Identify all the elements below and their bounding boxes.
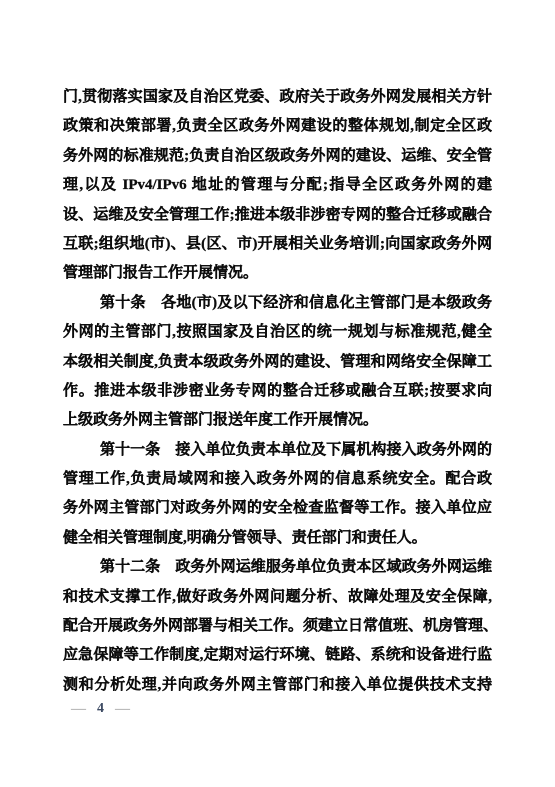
text-line: 测和分析处理,并向政务外网主管部门和接入单位提供技术支持 [63,671,492,700]
text-line: 作。推进本级非涉密业务专网的整合迁移或融合互联;按要求向 [63,377,492,406]
footer-dash-right: — [115,698,130,720]
text-line: 管理部门报告工作开展情况。 [63,259,492,288]
text-line: 管理工作,负责局域网和接入政务外网的信息系统安全。配合政 [63,465,492,494]
text-line: 务外网主管部门对政务外网的安全检查监督等工作。接入单位应 [63,494,492,523]
text-line: 配合开展政务外网部署与相关工作。须建立日常值班、机房管理、 [63,612,492,641]
text-line: 第十一条 接入单位负责本单位及下属机构接入政务外网的 [63,436,492,465]
text-line: 设、运维及安全管理工作;推进本级非涉密专网的整合迁移或融合 [63,201,492,230]
document-body: 门,贯彻落实国家及自治区党委、政府关于政务外网发展相关方针政策和决策部署,负责全… [63,83,492,700]
text-line: 第十二条 政务外网运维服务单位负责本区域政务外网运维 [63,553,492,582]
text-line: 和技术支撑工作,做好政务外网问题分析、故障处理及安全保障, [63,583,492,612]
text-line: 第十条 各地(市)及以下经济和信息化主管部门是本级政务 [63,289,492,318]
document-page: 门,贯彻落实国家及自治区党委、政府关于政务外网发展相关方针政策和决策部署,负责全… [0,0,555,787]
text-line: 本级相关制度,负责本级政务外网的建设、管理和网络安全保障工 [63,348,492,377]
text-line: 门,贯彻落实国家及自治区党委、政府关于政务外网发展相关方针 [63,83,492,112]
text-line: 上级政务外网主管部门报送年度工作开展情况。 [63,406,492,435]
footer-dash-left: — [71,698,86,720]
text-line: 理,以及 IPv4/IPv6 地址的管理与分配;指导全区政务外网的建 [63,171,492,200]
text-line: 政策和决策部署,负责全区政务外网建设的整体规划,制定全区政 [63,112,492,141]
text-line: 健全相关管理制度,明确分管领导、责任部门和责任人。 [63,524,492,553]
text-line: 外网的主管部门,按照国家及自治区的统一规划与标准规范,健全 [63,318,492,347]
page-number: 4 [97,698,104,720]
text-line: 应急保障等工作制度,定期对运行环境、链路、系统和设备进行监 [63,641,492,670]
text-line: 互联;组织地(市)、县(区、市)开展相关业务培训;向国家政务外网 [63,230,492,259]
page-footer: — 4 — [71,698,130,720]
text-line: 务外网的标准规范;负责自治区级政务外网的建设、运维、安全管 [63,142,492,171]
